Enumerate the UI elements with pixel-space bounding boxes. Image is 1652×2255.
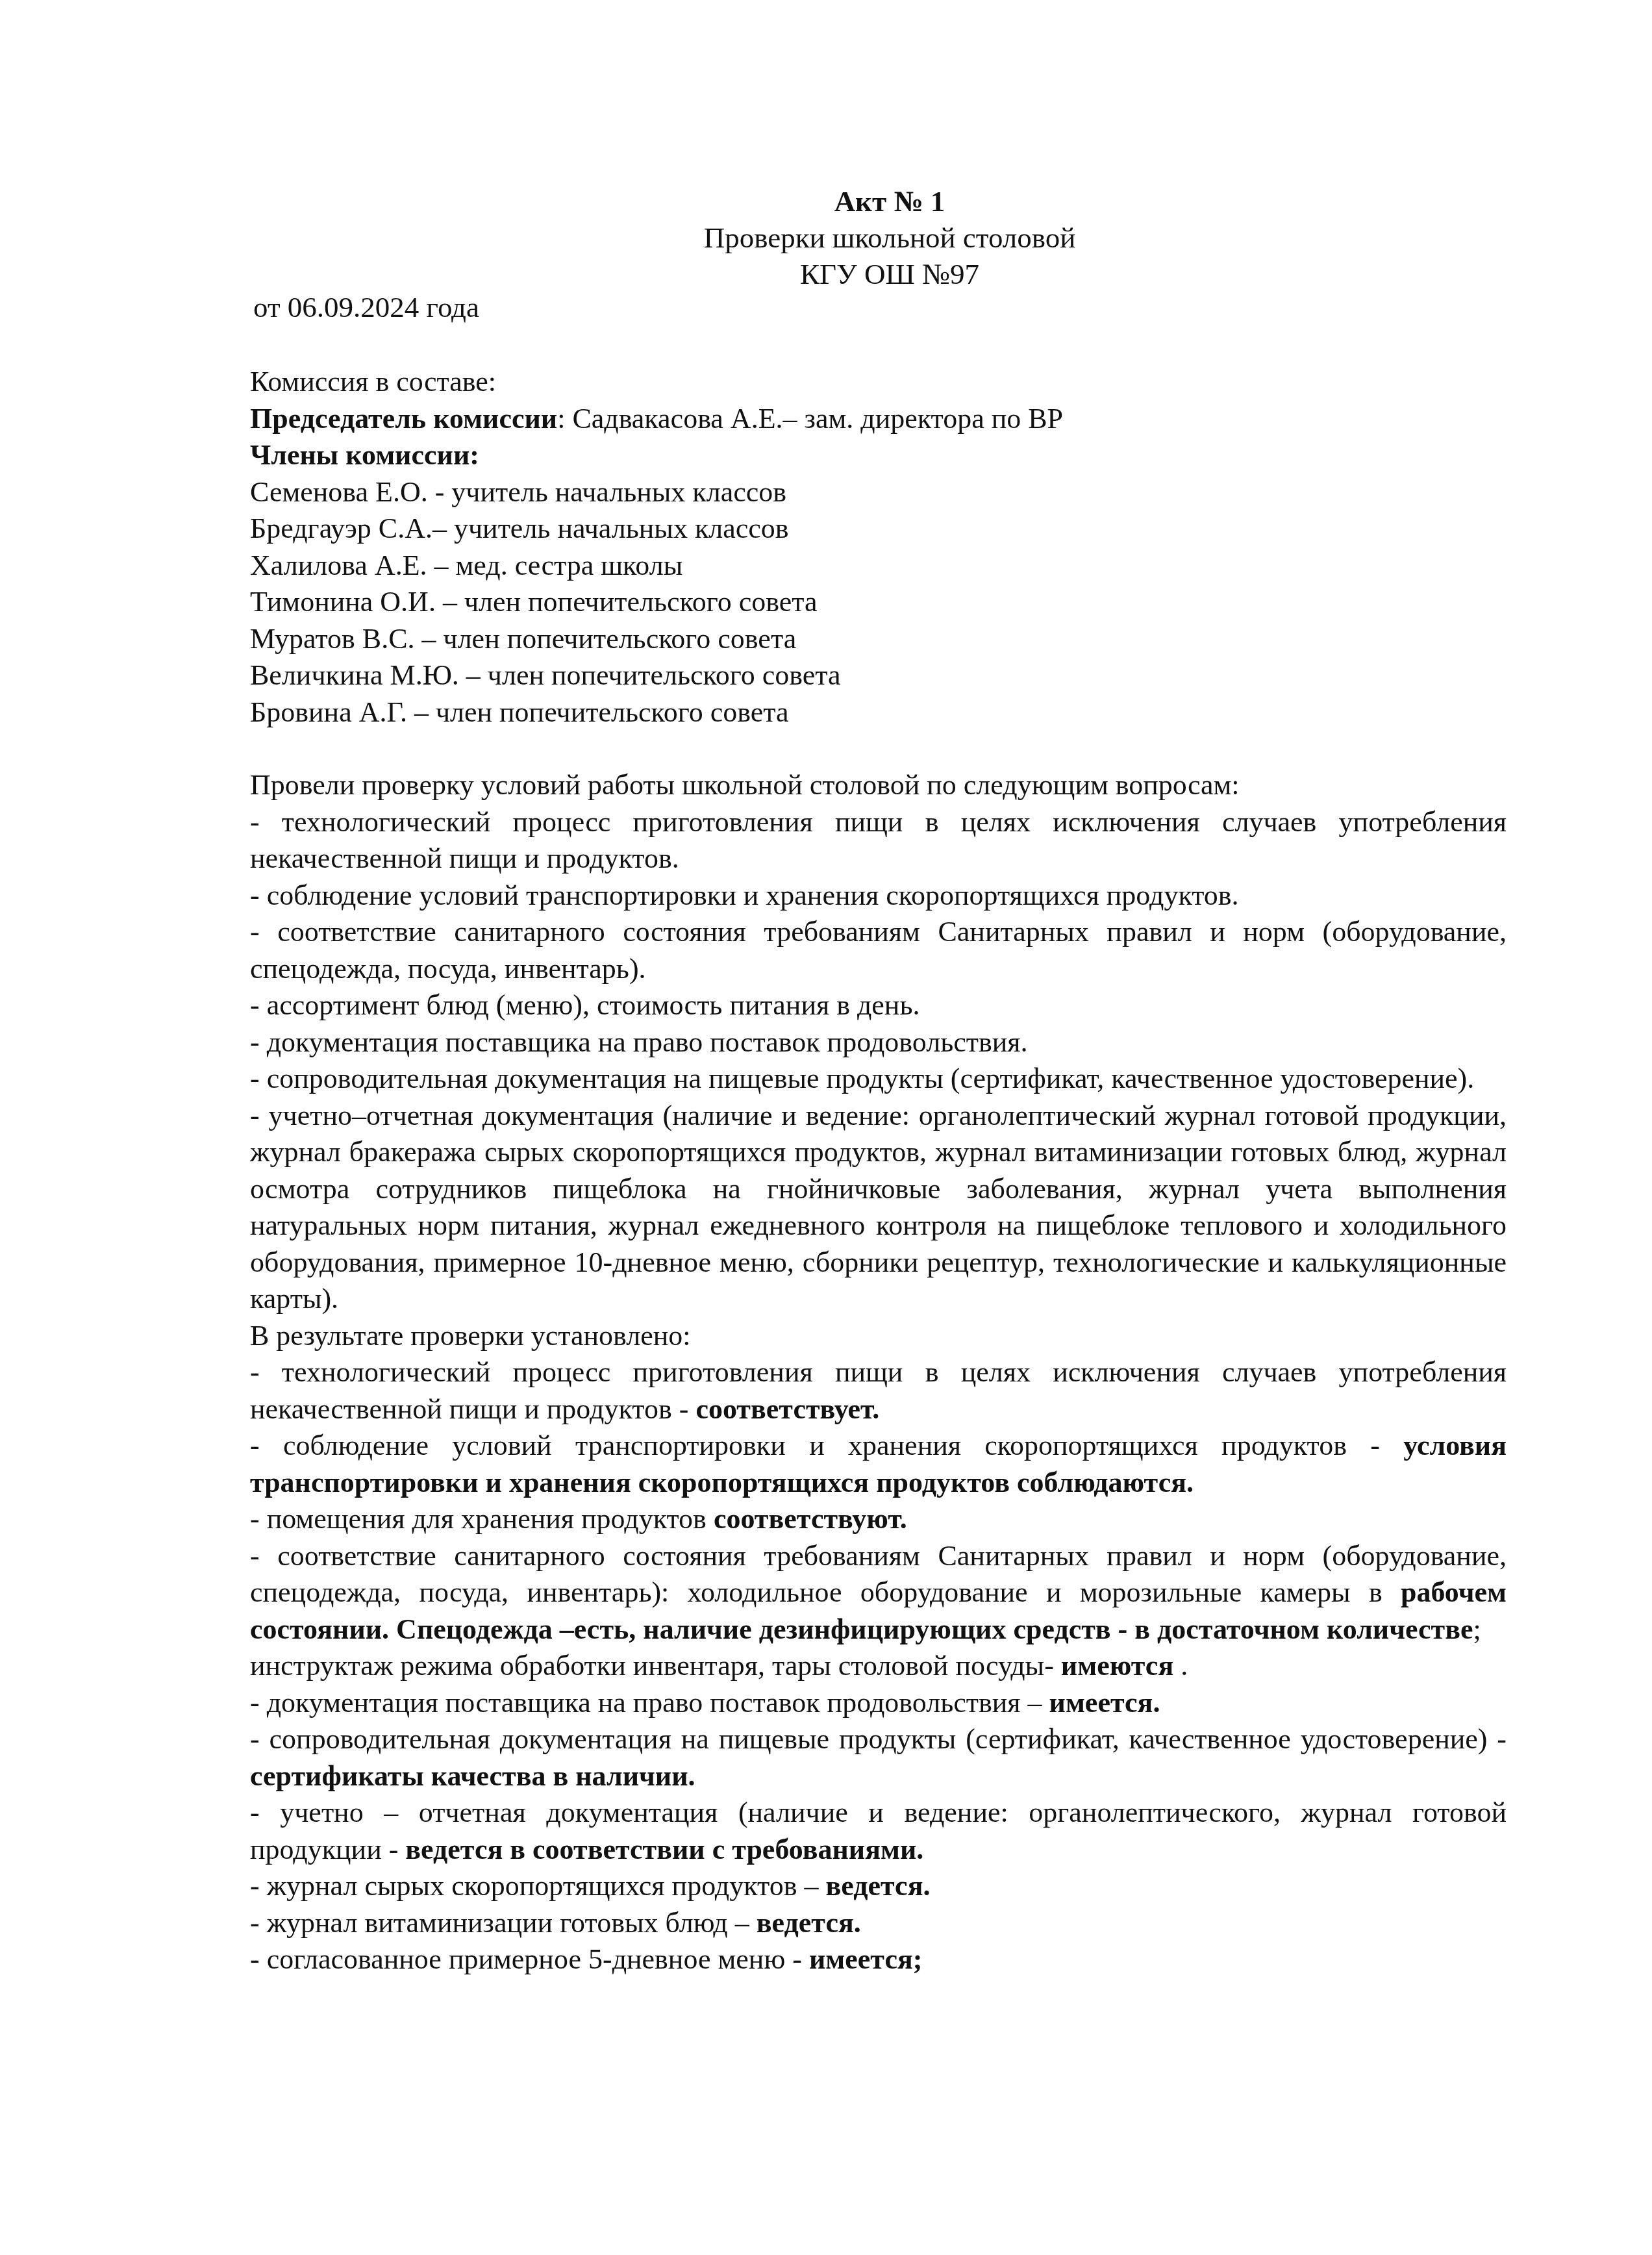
result-text: - соблюдение условий транспортировки и х… [250, 1430, 1403, 1461]
result-item: - сопроводительная документация на пищев… [250, 1721, 1507, 1795]
result-verdict: ведется. [757, 1907, 861, 1939]
document-page: Акт № 1 Проверки школьной столовой КГУ О… [0, 0, 1652, 2255]
commission-member: Муратов В.С. – член попечительского сове… [250, 621, 1507, 658]
commission-section: Комиссия в составе: Председатель комисси… [250, 364, 1507, 731]
result-text: - журнал витаминизации готовых блюд – [250, 1907, 757, 1939]
result-item: - учетно – отчетная документация (наличи… [250, 1795, 1507, 1868]
results-intro: В результате проверки установлено: [250, 1318, 1507, 1355]
result-text: - согласованное примерное 5-дневное меню… [250, 1943, 809, 1975]
result-item: - журнал сырых скоропортящихся продуктов… [250, 1868, 1507, 1905]
commission-member: Тимонина О.И. – член попечительского сов… [250, 584, 1507, 621]
commission-member: Величкина М.Ю. – член попечительского со… [250, 657, 1507, 694]
result-text: - сопроводительная документация на пищев… [250, 1723, 1507, 1755]
result-item: - соответствие санитарного состояния тре… [250, 1538, 1507, 1648]
inspection-item: - технологический процесс приготовления … [250, 804, 1507, 877]
result-verdict: ведется. [825, 1870, 930, 1902]
result-text: - документация поставщика на право поста… [250, 1687, 1049, 1719]
inspection-item: - соблюдение условий транспортировки и х… [250, 877, 1507, 914]
result-tail: . [1173, 1650, 1188, 1682]
result-item: - помещения для хранения продуктов соотв… [250, 1501, 1507, 1538]
document-date: от 06.09.2024 года [253, 289, 479, 325]
members-label: Члены комиссии: [250, 437, 1507, 474]
results-section: В результате проверки установлено: - тех… [250, 1318, 1507, 1978]
commission-member: Бровина А.Г. – член попечительского сове… [250, 694, 1507, 731]
result-verdict: соответствуют. [714, 1503, 907, 1535]
result-text: инструктаж режима обработки инвентаря, т… [250, 1650, 1061, 1682]
result-text: - помещения для хранения продуктов [250, 1503, 714, 1535]
commission-intro: Комиссия в составе: [250, 364, 1507, 401]
inspection-item: - сопроводительная документация на пищев… [250, 1061, 1507, 1098]
document-subtitle: Проверки школьной столовой [532, 220, 1247, 256]
result-verdict: ведется в соответствии с требованиями. [405, 1833, 923, 1865]
inspection-section: Провели проверку условий работы школьной… [250, 767, 1507, 1318]
organization-name: КГУ ОШ №97 [532, 256, 1247, 292]
commission-chair: Председатель комиссии: Садвакасова А.Е.–… [250, 401, 1507, 438]
result-item: инструктаж режима обработки инвентаря, т… [250, 1648, 1507, 1685]
commission-member: Семенова Е.О. - учитель начальных классо… [250, 474, 1507, 511]
inspection-item: - ассортимент блюд (меню), стоимость пит… [250, 987, 1507, 1024]
result-tail: ; [1473, 1613, 1481, 1645]
result-item: - документация поставщика на право поста… [250, 1685, 1507, 1722]
document-title: Акт № 1 [532, 183, 1247, 220]
result-text: - соответствие санитарного состояния тре… [250, 1540, 1507, 1609]
inspection-item: - документация поставщика на право поста… [250, 1024, 1507, 1061]
inspection-item: - учетно–отчетная документация (наличие … [250, 1098, 1507, 1318]
spacer [250, 731, 1507, 767]
document-body: Комиссия в составе: Председатель комисси… [250, 364, 1507, 1978]
result-item: - журнал витаминизации готовых блюд – ве… [250, 1905, 1507, 1942]
commission-member: Халилова А.Е. – мед. сестра школы [250, 548, 1507, 585]
result-item: - технологический процесс приготовления … [250, 1354, 1507, 1428]
inspection-intro: Провели проверку условий работы школьной… [250, 767, 1507, 804]
chair-value: : Садвакасова А.Е.– зам. директора по ВР [557, 403, 1063, 435]
result-item: - соблюдение условий транспортировки и х… [250, 1428, 1507, 1501]
result-verdict: имеются [1061, 1650, 1173, 1682]
document-header: Акт № 1 Проверки школьной столовой КГУ О… [0, 183, 1652, 292]
result-item: - согласованное примерное 5-дневное меню… [250, 1941, 1507, 1978]
commission-member: Бредгауэр С.А.– учитель начальных классо… [250, 510, 1507, 548]
chair-label: Председатель комиссии [250, 403, 557, 435]
result-text: - журнал сырых скоропортящихся продуктов… [250, 1870, 825, 1902]
result-verdict: сертификаты качества в наличии. [250, 1760, 695, 1792]
result-verdict: имеется; [809, 1943, 923, 1975]
result-verdict: имеется. [1049, 1687, 1160, 1719]
inspection-item: - соответствие санитарного состояния тре… [250, 914, 1507, 987]
result-verdict: соответствует. [695, 1393, 879, 1425]
